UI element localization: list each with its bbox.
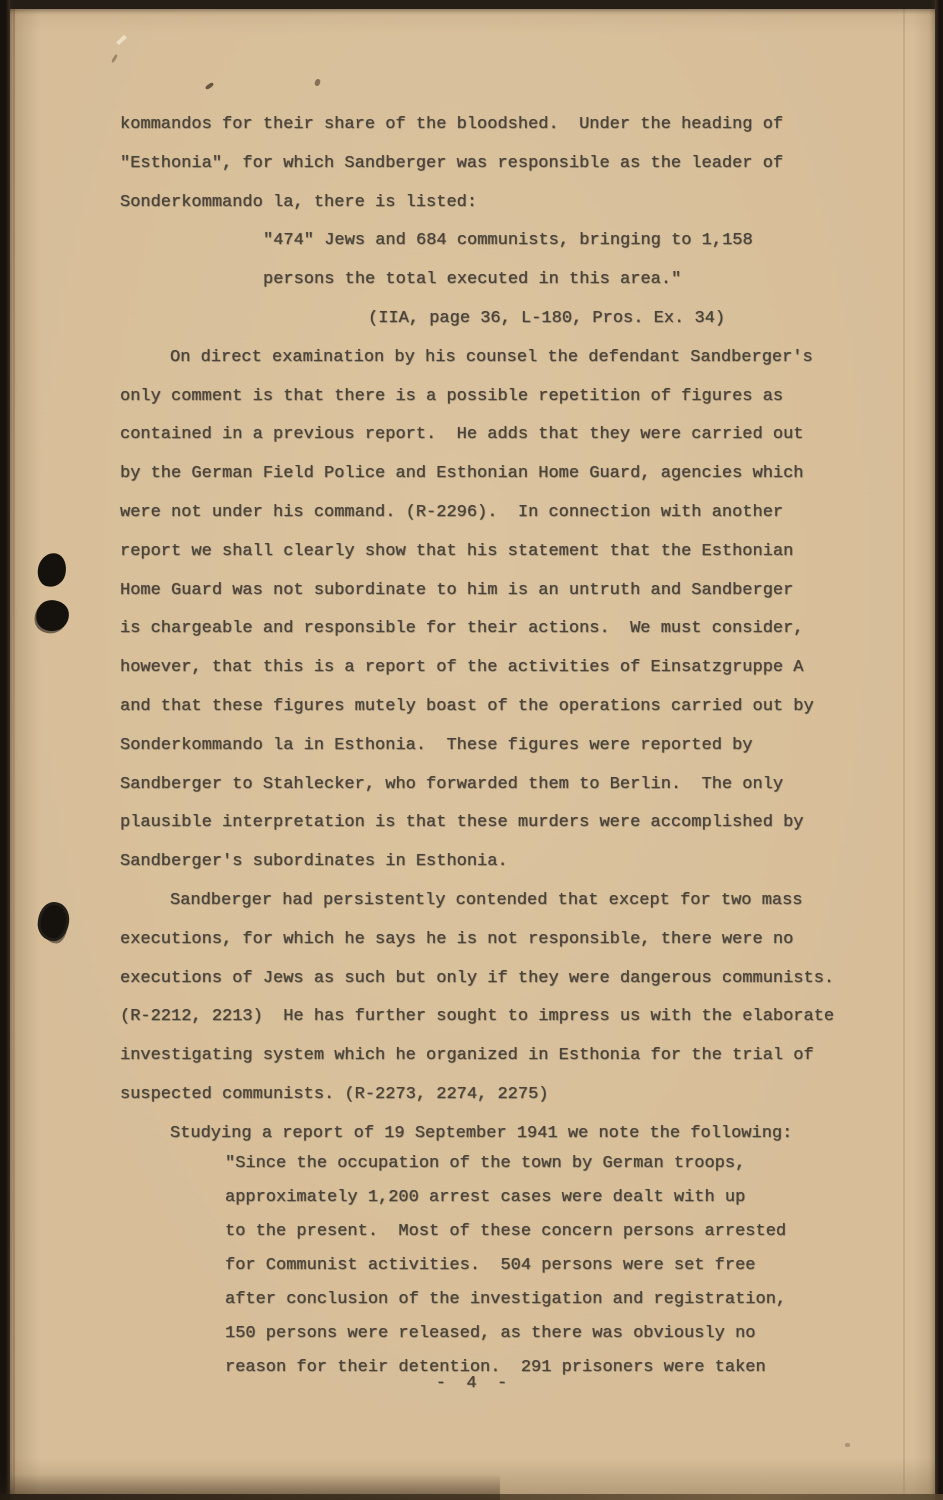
- text-line: after conclusion of the investigation an…: [225, 1283, 943, 1317]
- text-line: by the German Field Police and Esthonian…: [120, 455, 943, 494]
- text-line: however, that this is a report of the ac…: [120, 649, 943, 688]
- text-line: kommandos for their share of the bloodsh…: [120, 106, 943, 145]
- scanned-page: kommandos for their share of the bloodsh…: [0, 0, 943, 1500]
- text-line: and that these figures mutely boast of t…: [120, 688, 943, 727]
- text-line: Sandberger to Stahlecker, who forwarded …: [120, 766, 943, 805]
- page-number: - 4 -: [0, 1372, 943, 1396]
- scan-edge-right: [935, 0, 943, 1500]
- text-line: "474" Jews and 684 communists, bringing …: [263, 222, 943, 261]
- text-line: Sandberger's subordinates in Esthonia.: [120, 843, 943, 882]
- text-line: report we shall clearly show that his st…: [120, 533, 943, 572]
- scan-edge-top: [0, 0, 943, 9]
- text-line: were not under his command. (R-2296). In…: [120, 494, 943, 533]
- document-body: kommandos for their share of the bloodsh…: [0, 106, 943, 1154]
- text-line: is chargeable and responsible for their …: [120, 610, 943, 649]
- text-line: "Since the occupation of the town by Ger…: [225, 1147, 943, 1181]
- scan-shadow-bottom: [0, 1474, 500, 1500]
- text-line: approximately 1,200 arrest cases were de…: [225, 1181, 943, 1215]
- text-line: Sonderkommando la in Esthonia. These fig…: [120, 727, 943, 766]
- text-line: (R-2212, 2213) He has further sought to …: [120, 998, 943, 1037]
- text-line: "Esthonia", for which Sandberger was res…: [120, 145, 943, 184]
- text-line: executions, for which he says he is not …: [120, 921, 943, 960]
- text-line: persons the total executed in this area.…: [263, 261, 943, 300]
- text-line: 150 persons were released, as there was …: [225, 1317, 943, 1351]
- text-line: suspected communists. (R-2273, 2274, 227…: [120, 1076, 943, 1115]
- text-line: (IIA, page 36, L-180, Pros. Ex. 34): [368, 300, 943, 339]
- typewritten-text-layer: kommandos for their share of the bloodsh…: [0, 0, 943, 1500]
- text-line: investigating system which he organized …: [120, 1037, 943, 1076]
- text-line: executions of Jews as such but only if t…: [120, 960, 943, 999]
- block-quote: "Since the occupation of the town by Ger…: [0, 1147, 943, 1385]
- text-line: Home Guard was not subordinate to him is…: [120, 572, 943, 611]
- text-line: plausible interpretation is that these m…: [120, 804, 943, 843]
- text-line: Sandberger had persistently contended th…: [170, 882, 943, 921]
- text-line: On direct examination by his counsel the…: [170, 339, 943, 378]
- text-line: only comment is that there is a possible…: [120, 378, 943, 417]
- text-line: Sonderkommando la, there is listed:: [120, 184, 943, 223]
- scan-edge-left: [0, 0, 10, 1500]
- text-line: for Communist activities. 504 persons we…: [225, 1249, 943, 1283]
- text-line: to the present. Most of these concern pe…: [225, 1215, 943, 1249]
- text-line: contained in a previous report. He adds …: [120, 416, 943, 455]
